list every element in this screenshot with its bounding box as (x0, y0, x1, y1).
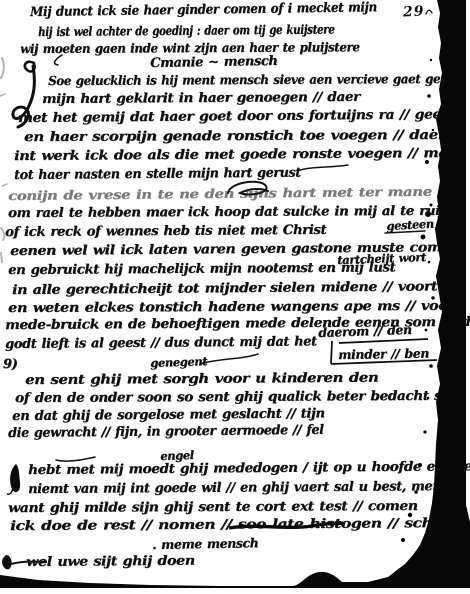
manuscript-line: genegent (150, 354, 207, 370)
manuscript-line: Cmanie ~ mensch (150, 54, 278, 71)
manuscript-line: tot haer nasten en stelle mijn hart geru… (14, 165, 301, 183)
manuscript-line: daerom // den (318, 322, 412, 340)
manuscript-line: in alle gerechticheijt tot mijnder siele… (12, 279, 437, 298)
manuscript-line: gesteen (386, 217, 434, 233)
manuscript-line: die gewracht // fijn, in grooter aermoed… (8, 423, 324, 441)
manuscript-line: of den de onder soon so sent ghij qualic… (15, 389, 460, 406)
manuscript-line: int werk ick doe als die met goede ronst… (14, 146, 463, 164)
manuscript-page: 29 Mij dunct ick sie haer ginder comen o… (0, 0, 470, 594)
manuscript-line: ick doe de rest // nomen // soo late his… (10, 516, 432, 534)
manuscript-line: of ick reck of wennes heb tis niet met C… (5, 223, 326, 240)
manuscript-line: 9) (3, 357, 17, 372)
manuscript-line: godt lieft is al geest // dus dunct mij … (5, 334, 317, 352)
manuscript-line: . meme mensch (152, 535, 258, 552)
manuscript-line: Soe gelucklich is hij ment mensch sieve … (48, 71, 448, 88)
manuscript-line: mijn hart geklarit in haer genoegen // d… (42, 90, 360, 107)
manuscript-line: niemt van mij int goede wil // en ghij v… (28, 479, 449, 497)
manuscript-line: want ghij milde sijn ghij sent te cort e… (8, 499, 418, 516)
manuscript-line: en weten elckes tonstich hadene wangens … (8, 299, 461, 316)
manuscript-line: tartcheijt wort (337, 250, 426, 267)
manuscript-line: Mij dunct ick sie haer ginder comen of i… (30, 0, 377, 20)
manuscript-line: hebt met mij moedt ghij mededogen / ijt … (28, 459, 470, 478)
manuscript-line: conijn de vrese in te ne den sijns hart … (8, 184, 432, 203)
manuscript-line: hij ist wel achter de goedinj : daer om … (38, 21, 334, 39)
manuscript-line: minder // ben (338, 345, 429, 362)
manuscript-line: wij moeten gaen inde wint zijn aen haer … (20, 39, 360, 56)
manuscript-line: en haer scorpijn genade ronstich toe voe… (24, 128, 445, 145)
manuscript-line: en sent ghij met sorgh voor u kinderen d… (25, 371, 378, 388)
manuscript-text-block: Mij dunct ick sie haer ginder comen of i… (0, 0, 470, 594)
manuscript-line: met het gemij dat haer goet door ons for… (18, 107, 453, 126)
manuscript-line: wel uwe sijt ghij doen (26, 554, 195, 570)
manuscript-line: en dat ghij de sorgelose met geslacht //… (12, 406, 325, 424)
manuscript-line: om rael te hebben maer ick hoop dat sulc… (8, 204, 451, 221)
